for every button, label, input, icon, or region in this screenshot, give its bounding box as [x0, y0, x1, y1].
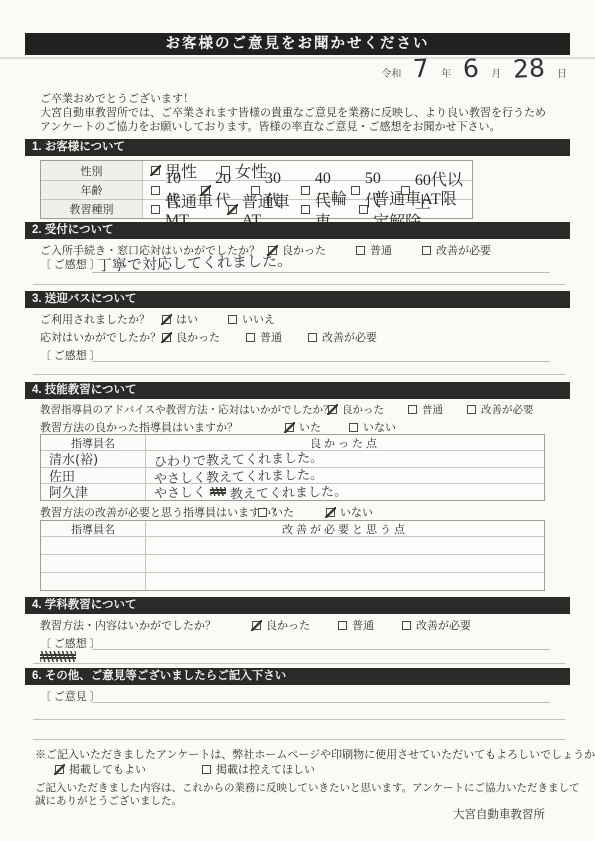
empty-table-row	[41, 536, 544, 554]
checkbox-publication-ok: 掲載してもよい	[55, 761, 146, 777]
ruled-line	[33, 739, 565, 740]
good-point-handwritten: やさしく	[154, 482, 206, 502]
improve-instructor-table: 指導員名 改善が必要と思う点	[40, 520, 545, 591]
section-1-header: 1. お客様について	[25, 139, 570, 156]
bus-service-question-line: 応対はいかがでしたか？ 良かった 普通 改善が必要	[40, 329, 377, 345]
checkbox-improve-instructor-no: いない	[326, 504, 373, 520]
empty-box-icon	[258, 508, 267, 517]
checked-box-icon	[201, 186, 210, 195]
instructor-name-header: 指導員名	[41, 521, 146, 536]
date-field: 令和 7 年 6 月 28 日	[381, 56, 567, 82]
checkbox-reception-needs-improvement: 改善が必要	[422, 242, 491, 258]
course-type-label: 教習種別	[41, 200, 143, 218]
ruled-line	[33, 663, 565, 664]
empty-box-icon	[351, 186, 360, 195]
improve-instructor-question-line: 教習方法の改善が必要と思う指導員はいますか？ いた いない	[40, 504, 373, 520]
empty-box-icon	[401, 186, 410, 195]
empty-box-icon	[308, 333, 317, 342]
empty-box-icon	[356, 246, 365, 255]
intro-line-3: アンケートのご協力をお願いしております。皆様の率直なご意見・ご感想をお聞かせ下さ…	[40, 118, 500, 134]
good-instructor-question-line: 教習方法の良かった指導員はいますか？ いた いない	[40, 419, 396, 435]
gender-label: 性別	[41, 161, 143, 180]
ruled-line	[33, 719, 565, 720]
section-3-header: 3. 送迎バスについて	[25, 291, 570, 308]
empty-box-icon	[338, 621, 347, 630]
empty-table-row	[41, 572, 544, 590]
checkbox-academic-normal: 普通	[338, 617, 374, 633]
checkbox-good-instructor-yes: いた	[285, 419, 321, 435]
instructor-name-header: 指導員名	[41, 435, 146, 450]
instructor-advice-question: 教習指導員のアドバイスや教習方法・応対はいかがでしたか？	[40, 402, 328, 417]
checkbox-academic-needs-improvement: 改善が必要	[402, 617, 471, 633]
checkbox-skill-normal: 普通	[408, 402, 443, 417]
comment-underline	[92, 361, 550, 362]
checkbox-skill-good: 良かった	[328, 402, 384, 417]
ruled-line	[33, 374, 565, 375]
checkbox-improve-instructor-yes: いた	[258, 504, 294, 520]
publication-options-line: 掲載してもよい 掲載は控えてほしい	[55, 761, 315, 777]
scratched-out-text	[40, 651, 76, 662]
empty-box-icon	[251, 186, 260, 195]
table-header-row: 指導員名 改善が必要と思う点	[41, 521, 544, 536]
empty-box-icon	[228, 315, 237, 324]
checked-box-icon	[55, 765, 64, 774]
good-point-header: 良かった点	[146, 435, 544, 450]
academic-question-line: 教習方法・内容はいかがでしたか？ 良かった 普通 改善が必要	[40, 617, 471, 633]
checkbox-reception-normal: 普通	[356, 242, 392, 258]
bus-service-question: 応対はいかがでしたか？	[40, 329, 162, 345]
customer-info-table: 性別 男性 女性 年齢 10代 20代 30代 40代 50代 60代以上 教習…	[40, 160, 473, 219]
year-unit: 年	[441, 65, 451, 80]
section-4-header: 4. 技能教習について	[25, 382, 570, 399]
empty-box-icon	[151, 186, 160, 195]
reception-comment-label: 〔 ご感想 〕	[40, 256, 101, 272]
publication-permission-note: ※ご記入いただきましたアンケートは、弊社ホームページや印刷物に使用させていただい…	[35, 746, 595, 762]
checkbox-publication-refuse: 掲載は控えてほしい	[202, 761, 315, 777]
comment-underline	[92, 272, 550, 273]
checked-box-icon	[328, 405, 337, 414]
empty-box-icon	[246, 333, 255, 342]
empty-box-icon	[202, 765, 211, 774]
day-unit: 日	[557, 65, 567, 80]
questionnaire-page: お客様のご意見をお聞かせください 令和 7 年 6 月 28 日 ご卒業おめでと…	[0, 0, 595, 841]
checked-box-icon	[228, 205, 237, 214]
empty-box-icon	[467, 405, 476, 414]
checked-box-icon	[285, 423, 294, 432]
checkbox-bus-no: いいえ	[228, 311, 275, 327]
checkbox-bus-normal: 普通	[246, 329, 282, 345]
bus-used-question-line: ご利用されましたか？ はい いいえ	[40, 311, 275, 327]
checkbox-bus-needs-improvement: 改善が必要	[308, 329, 377, 345]
table-row: 佐田 やさしく教えてくれました。	[41, 467, 544, 484]
empty-box-icon	[408, 405, 417, 414]
year-handwritten: 7	[413, 56, 430, 83]
comment-underline	[92, 702, 550, 703]
good-instructor-table: 指導員名 良かった点 清水(裕) ひわりで教えてくれました。 佐田 やさしく教え…	[40, 434, 545, 501]
scratched-out-word	[210, 487, 226, 496]
checkbox-academic-good: 良かった	[252, 617, 310, 633]
checkbox-good-instructor-no: いない	[349, 419, 396, 435]
section-2-header: 2. 受付について	[25, 222, 570, 239]
empty-box-icon	[422, 246, 431, 255]
good-point-handwritten: 教えてくれました。	[230, 481, 347, 503]
day-handwritten: 28	[513, 55, 546, 83]
table-row: 阿久津 やさしく 教えてくれました。	[41, 483, 544, 500]
empty-box-icon	[151, 205, 160, 214]
instructor-name-handwritten: 阿久津	[49, 482, 88, 501]
checkbox-bus-yes: はい	[162, 311, 198, 327]
month-handwritten: 6	[463, 56, 480, 83]
bus-used-question: ご利用されましたか？	[40, 311, 162, 327]
checkbox-skill-needs-improvement: 改善が必要	[467, 402, 534, 417]
empty-table-row	[41, 554, 544, 572]
ruled-line	[33, 284, 565, 285]
empty-box-icon	[359, 205, 368, 214]
checked-box-icon	[162, 333, 171, 342]
empty-box-icon	[221, 166, 230, 175]
checked-box-icon	[326, 508, 335, 517]
school-signature: 大宮自動車教習所	[453, 806, 545, 822]
empty-box-icon	[301, 205, 310, 214]
era-label: 令和	[381, 65, 401, 80]
form-title-bar: お客様のご意見をお聞かせください	[25, 33, 570, 55]
improve-point-header: 改善が必要と思う点	[146, 521, 544, 536]
checkbox-bus-good: 良かった	[162, 329, 220, 345]
closing-line-2: 誠にありがとうございました。	[35, 793, 182, 808]
section-academic-header: 4. 学科教習について	[25, 597, 570, 614]
checked-box-icon	[162, 315, 171, 324]
checked-box-icon	[252, 621, 261, 630]
improve-instructor-question: 教習方法の改善が必要と思う指導員はいますか？	[40, 504, 258, 520]
course-type-row: 教習種別 普通車MT 普通車AT 二輪車 普通車AT限定解除	[41, 199, 472, 218]
academic-question: 教習方法・内容はいかがでしたか？	[40, 617, 252, 633]
section-6-header: 6. その他、ご意見等ございましたらご記入下さい	[25, 668, 570, 685]
empty-box-icon	[402, 621, 411, 630]
month-unit: 月	[491, 65, 501, 80]
good-instructor-question: 教習方法の良かった指導員はいますか？	[40, 419, 285, 435]
age-label: 年齢	[41, 181, 143, 199]
instructor-advice-question-line: 教習指導員のアドバイスや教習方法・応対はいかがでしたか？ 良かった 普通 改善が…	[40, 402, 534, 417]
checked-box-icon	[151, 166, 160, 175]
empty-box-icon	[349, 423, 358, 432]
comment-underline	[92, 649, 550, 650]
empty-box-icon	[301, 186, 310, 195]
